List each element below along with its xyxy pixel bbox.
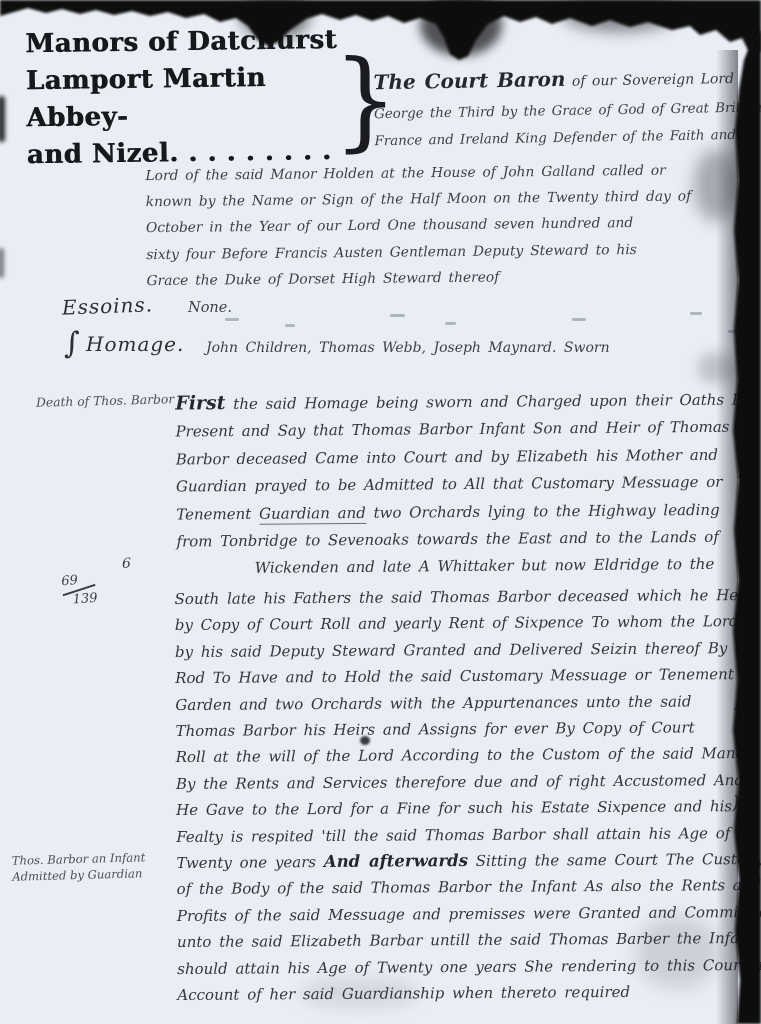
- text-line: By the Rents and Services therefore due …: [176, 767, 756, 797]
- court-baron-lead: The Court Baron: [373, 67, 565, 94]
- text-line: Rod To Have and to Hold the said Customa…: [175, 661, 755, 691]
- text-line: should attain his Age of Twenty one year…: [177, 952, 757, 982]
- entry-second: South late his Fathers the said Thomas B…: [175, 582, 758, 1009]
- text-line: by his said Deputy Steward Granted and D…: [175, 635, 755, 665]
- pen-flourish: ): [736, 578, 743, 600]
- text-fragment: Tenement: [176, 504, 259, 523]
- folio-denominator: 139: [72, 591, 98, 606]
- text-line: Profits of the said Messuage and premiss…: [177, 899, 757, 929]
- bleed-mark: [572, 318, 586, 321]
- text-fragment: two Orchards lying to the Highway leadin…: [366, 500, 720, 521]
- bleed-mark: [390, 314, 405, 317]
- court-heading: The Court Baron of our Sovereign Lord Ge…: [373, 61, 746, 155]
- stain: [420, 0, 502, 56]
- text-line: Thomas Barbor his Heirs and Assigns for …: [175, 714, 755, 744]
- entry-first: First the said Homage being sworn and Ch…: [175, 385, 755, 583]
- stain: [560, 0, 680, 32]
- manor-title-line: Lamport Martin Abbey-: [25, 59, 356, 138]
- text-line: by Copy of Court Roll and yearly Rent of…: [175, 608, 755, 638]
- text-line: unto the said Elizabeth Barbar untill th…: [177, 925, 757, 955]
- text-line: Twenty one years And afterwards Sitting …: [176, 846, 756, 876]
- bleed-mark: [445, 322, 456, 325]
- text-line: Grace the Duke of Dorset High Steward th…: [146, 262, 752, 295]
- pen-flourish: ): [738, 648, 745, 670]
- text-line: Roll at the will of the Lord According t…: [176, 740, 756, 770]
- pen-flourish: ): [734, 690, 741, 712]
- bleed-mark: [285, 324, 295, 327]
- edge-nub: [0, 248, 4, 278]
- bleed-mark: [690, 312, 702, 315]
- bleed-mark: [728, 330, 744, 333]
- margin-folio-fraction: 69 139: [61, 573, 98, 607]
- homage-flourish: ∫: [64, 326, 80, 361]
- manuscript-page: Manors of Datchurst Lamport Martin Abbey…: [0, 0, 761, 1024]
- manor-title-line: Manors of Datchurst: [25, 22, 355, 64]
- bleed-mark: [225, 318, 239, 321]
- homage-value: John Children, Thomas Webb, Joseph Mayna…: [206, 340, 610, 356]
- manor-title: Manors of Datchurst Lamport Martin Abbey…: [25, 22, 357, 175]
- edge-nub: [0, 96, 5, 142]
- text-fragment: the said Homage being sworn and Charged …: [225, 390, 753, 413]
- text-line: Account of her said Guardianship when th…: [177, 978, 757, 1008]
- stain: [698, 352, 734, 384]
- text-line: He Gave to the Lord for a Fine for such …: [176, 793, 756, 823]
- court-baron-rest: of our Sovereign Lord: [565, 71, 734, 90]
- text-line: South late his Fathers the said Thomas B…: [175, 582, 755, 612]
- text-line: Wickenden and late A Whittaker but now E…: [177, 551, 755, 583]
- text-fragment: Twenty one years: [176, 853, 324, 872]
- margin-death-note: Death of Thos. Barbor: [36, 391, 175, 411]
- pen-flourish: ): [740, 486, 747, 508]
- homage-label: Homage.: [86, 332, 184, 356]
- underlined-fragment: Guardian and: [259, 503, 366, 524]
- text-fragment: Sitting the same Court The Custody: [468, 850, 761, 870]
- text-line: of the Body of the said Thomas Barbor th…: [177, 872, 757, 902]
- margin-side-number: 6: [122, 556, 131, 572]
- pen-flourish: ): [738, 458, 745, 480]
- essoins-value: None.: [188, 300, 232, 316]
- margin-infant-note: Thos. Barbor an Infant Admitted by Guard…: [12, 849, 146, 884]
- preamble-paragraph: Lord of the said Manor Holden at the Hou…: [145, 157, 752, 294]
- pen-flourish: ): [732, 792, 739, 814]
- text-line: Fealty is respited 'till the said Thomas…: [176, 820, 756, 850]
- emphasized-fragment: And afterwards: [324, 851, 468, 871]
- court-heading-line: France and Ireland King Defender of the …: [374, 122, 746, 155]
- text-line: Garden and two Orchards with the Appurte…: [175, 688, 755, 718]
- entry-drop-word: First: [175, 392, 225, 414]
- essoins-label: Essoins.: [62, 292, 154, 319]
- margin-infant-note-line: Admitted by Guardian: [12, 865, 146, 884]
